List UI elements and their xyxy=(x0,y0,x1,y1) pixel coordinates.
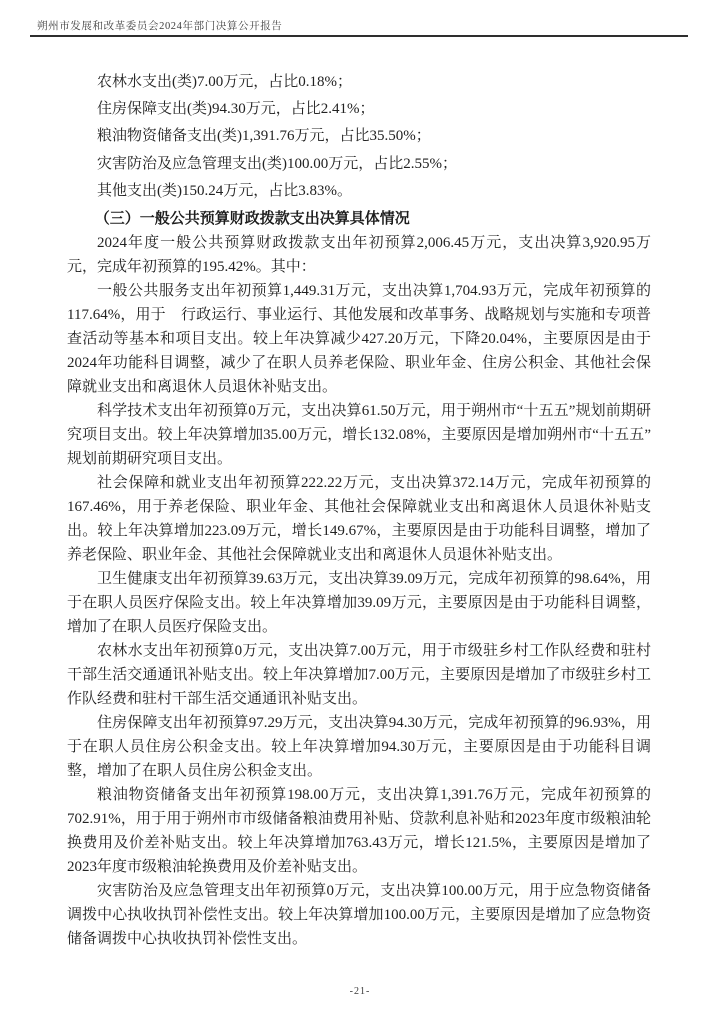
body-paragraph: 农林水支出年初预算0万元，支出决算7.00万元，用于市级驻乡村工作队经费和驻村干… xyxy=(67,639,651,711)
body-paragraph: 卫生健康支出年初预算39.63万元，支出决算39.09万元，完成年初预算的98.… xyxy=(67,567,651,639)
body-paragraph: 社会保障和就业支出年初预算222.22万元，支出决算372.14万元，完成年初预… xyxy=(67,471,651,567)
body-paragraph: 住房保障支出年初预算97.29万元，支出决算94.30万元，完成年初预算的96.… xyxy=(67,711,651,783)
running-header-title: 朔州市发展和改革委员会2024年部门决算公开报告 xyxy=(37,18,282,33)
expense-item-line: 其他支出(类)150.24万元，占比3.83%。 xyxy=(67,179,651,203)
body-paragraph: 粮油物资储备支出年初预算198.00万元，支出决算1,391.76万元，完成年初… xyxy=(67,783,651,879)
document-body: 农林水支出(类)7.00万元，占比0.18%； 住房保障支出(类)94.30万元… xyxy=(67,70,651,951)
expense-item-line: 住房保障支出(类)94.30万元，占比2.41%； xyxy=(67,97,651,121)
body-paragraph: 灾害防治及应急管理支出年初预算0万元，支出决算100.00万元，用于应急物资储备… xyxy=(67,879,651,951)
page-number: -21- xyxy=(0,986,720,997)
header-rule-divider xyxy=(30,35,688,37)
body-paragraph: 一般公共服务支出年初预算1,449.31万元，支出决算1,704.93万元，完成… xyxy=(67,279,651,399)
section-heading: （三）一般公共预算财政拨款支出决算具体情况 xyxy=(67,206,651,231)
body-paragraph: 科学技术支出年初预算0万元，支出决算61.50万元，用于朔州市“十五五”规划前期… xyxy=(67,399,651,471)
document-page: 朔州市发展和改革委员会2024年部门决算公开报告 农林水支出(类)7.00万元，… xyxy=(0,0,720,1019)
body-paragraph: 2024年度一般公共预算财政拨款支出年初预算2,006.45万元，支出决算3,9… xyxy=(67,231,651,279)
expense-item-line: 农林水支出(类)7.00万元，占比0.18%； xyxy=(67,70,651,94)
expense-item-line: 粮油物资储备支出(类)1,391.76万元，占比35.50%； xyxy=(67,124,651,148)
expense-item-line: 灾害防治及应急管理支出(类)100.00万元，占比2.55%； xyxy=(67,152,651,176)
